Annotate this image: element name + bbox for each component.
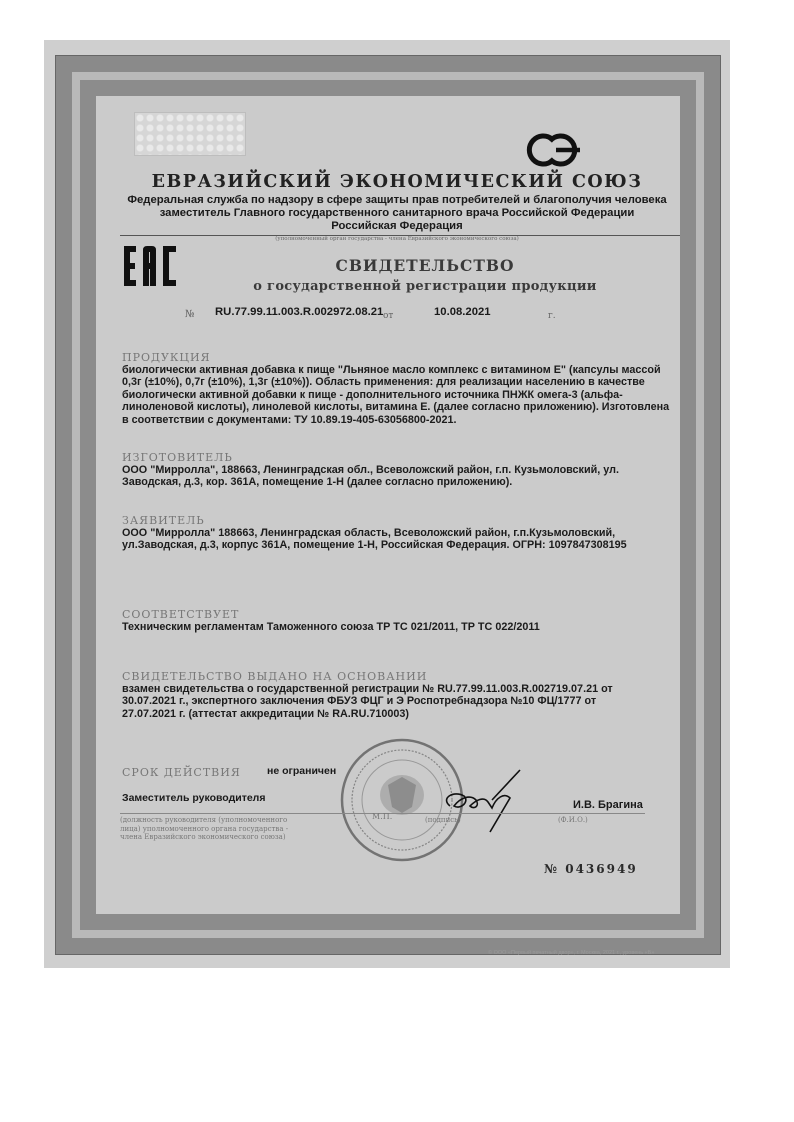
section-body: ООО "Мирролла", 188663, Ленинградская об… — [122, 464, 688, 489]
agency-line: заместитель Главного государственного са… — [100, 207, 694, 220]
number-label: № — [185, 309, 194, 320]
section-heading: ЗАЯВИТЕЛЬ — [122, 514, 688, 527]
agency-line: Федеральная служба по надзору в сфере за… — [100, 194, 694, 207]
text-line: ООО "Мирролла", 188663, Ленинградская об… — [122, 464, 688, 476]
year-suffix: г. — [548, 311, 556, 321]
text-line: биологически активной добавки к пище - д… — [122, 389, 688, 401]
text-line: ООО "Мирролла" 188663, Ленинградская обл… — [122, 527, 688, 539]
section-applicant: ЗАЯВИТЕЛЬ ООО "Мирролла" 188663, Ленингр… — [122, 514, 688, 552]
name-caption: (Ф.И.О.) — [558, 816, 588, 825]
stamp-label: М.П. — [372, 812, 392, 821]
section-body: взамен свидетельства о государственной р… — [122, 683, 688, 720]
eac-logo-icon — [122, 244, 178, 288]
section-basis: СВИДЕТЕЛЬСТВО ВЫДАНО НА ОСНОВАНИИ взамен… — [122, 670, 688, 720]
section-body: биологически активная добавка к пище "Ль… — [122, 364, 688, 426]
validity-label: СРОК ДЕЙСТВИЯ — [122, 766, 241, 779]
text-line: биологически активная добавка к пище "Ль… — [122, 364, 688, 376]
printer-credit: © ООО «Первый печатный двор», г. Москва,… — [488, 950, 654, 956]
caption-line: лица) уполномоченного органа государства… — [120, 825, 355, 834]
section-heading: СВИДЕТЕЛЬСТВО ВЫДАНО НА ОСНОВАНИИ — [122, 670, 688, 683]
section-body: Техническим регламентам Таможенного союз… — [122, 621, 688, 633]
signer-position: Заместитель руководителя — [122, 792, 265, 804]
form-serial-number: № 0436949 — [544, 862, 638, 876]
agency-block: Федеральная служба по надзору в сфере за… — [100, 194, 694, 233]
section-body: ООО "Мирролла" 188663, Ленинградская обл… — [122, 527, 688, 552]
ce-logo-icon — [518, 130, 594, 170]
date-label: от — [383, 311, 393, 321]
validity-value: не ограничен — [267, 765, 336, 777]
certificate-subtitle: о государственной регистрации продукции — [190, 279, 660, 294]
text-line: Заводская, д.3, кор. 361А, помещение 1-Н… — [122, 476, 688, 488]
signature-caption: (подпись) — [425, 816, 461, 825]
agency-line: Российская Федерация — [100, 220, 694, 233]
section-heading: ИЗГОТОВИТЕЛЬ — [122, 451, 688, 464]
authority-caption: (уполномоченный орган государства - член… — [200, 236, 594, 242]
registration-number: RU.77.99.11.003.R.002972.08.21 — [215, 306, 383, 318]
signer-name: И.В. Брагина — [573, 799, 643, 811]
position-caption: (должность руководителя (уполномоченного… — [120, 816, 355, 842]
text-line: линоленовой кислоты), линолевой кислоты,… — [122, 401, 688, 413]
section-heading: СООТВЕТСТВУЕТ — [122, 608, 688, 621]
registration-date: 10.08.2021 — [434, 306, 491, 318]
section-manufacturer: ИЗГОТОВИТЕЛЬ ООО "Мирролла", 188663, Лен… — [122, 451, 688, 489]
text-line: взамен свидетельства о государственной р… — [122, 683, 688, 695]
text-line: 27.07.2021 г. (аттестат аккредитации № R… — [122, 708, 688, 720]
text-line: Техническим регламентам Таможенного союз… — [122, 621, 688, 633]
text-line: в соответствии с документами: ТУ 10.89.1… — [122, 414, 688, 426]
text-line: 0,3г (±10%), 0,7г (±10%), 1,3г (±10%)). … — [122, 376, 688, 388]
caption-line: члена Евразийского экономического союза) — [120, 833, 355, 842]
section-conforms: СООТВЕТСТВУЕТ Техническим регламентам Та… — [122, 608, 688, 633]
union-title: ЕВРАЗИЙСКИЙ ЭКОНОМИЧЕСКИЙ СОЮЗ — [100, 172, 694, 192]
certificate-title: СВИДЕТЕЛЬСТВО — [190, 256, 660, 275]
security-pattern — [134, 112, 246, 156]
section-product: ПРОДУКЦИЯ биологически активная добавка … — [122, 351, 688, 426]
signature-icon — [430, 762, 530, 842]
section-heading: ПРОДУКЦИЯ — [122, 351, 688, 364]
caption-line: (должность руководителя (уполномоченного — [120, 816, 355, 825]
text-line: 30.07.2021 г., экспертного заключения ФБ… — [122, 695, 688, 707]
text-line: ул.Заводская, д.3, корпус 361А, помещени… — [122, 539, 688, 551]
